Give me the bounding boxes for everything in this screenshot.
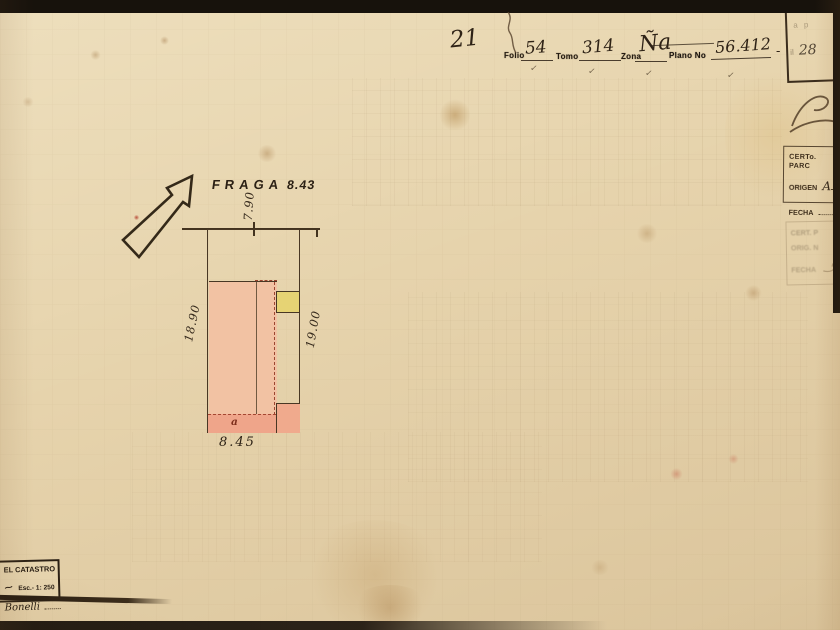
edge-shading — [0, 0, 840, 630]
scanned-cadastral-plan: 21 Folio 54 Tomo 314 Zona Ña Plano No 56… — [0, 0, 840, 630]
